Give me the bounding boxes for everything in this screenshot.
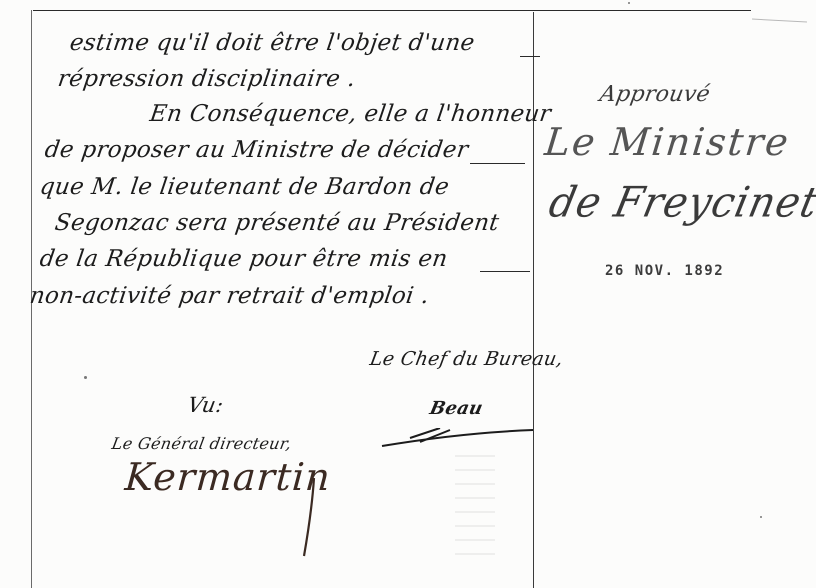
bureau-chief-signature: Beau — [428, 398, 485, 419]
general-director-signature: Kermartin — [123, 455, 332, 499]
stray-mark — [752, 19, 807, 23]
bleed-through-mark — [455, 455, 495, 565]
date-stamp: 26 NOV. 1892 — [605, 263, 724, 279]
ink-speck — [84, 376, 87, 379]
line-end-stroke — [470, 163, 525, 164]
body-line-1: estime qu'il doit être l'objet d'une — [68, 30, 476, 56]
signature-descender — [302, 478, 316, 558]
body-line-5: que M. le lieutenant de Bardon de — [38, 174, 451, 200]
general-director-title: Le Général directeur, — [110, 434, 293, 453]
body-line-8: non-activité par retrait d'emploi . — [28, 283, 431, 309]
ink-speck — [628, 2, 630, 4]
minister-title: Le Ministre — [543, 120, 793, 164]
line-end-stroke — [480, 271, 530, 272]
line-end-stroke — [520, 56, 540, 57]
bureau-chief-title: Le Chef du Bureau, — [368, 348, 565, 370]
minister-signature: de Freycinet — [545, 179, 816, 227]
body-line-4: de proposer au Ministre de décider — [43, 137, 470, 163]
column-divider-rule — [533, 12, 534, 588]
body-line-3: En Conséquence, elle a l'honneur — [148, 101, 553, 127]
ink-speck — [760, 516, 762, 518]
body-line-2: répression disciplinaire . — [56, 66, 357, 92]
seen-label: Vu: — [186, 393, 226, 417]
body-line-7: de la République pour être mis en — [38, 246, 449, 272]
scanned-document-page: estime qu'il doit être l'objet d'une rép… — [0, 0, 816, 588]
signature-flourish — [380, 428, 535, 448]
top-border-rule — [33, 10, 751, 11]
approval-label: Approuvé — [598, 82, 712, 107]
body-line-6: Segonzac sera présenté au Président — [53, 210, 501, 236]
